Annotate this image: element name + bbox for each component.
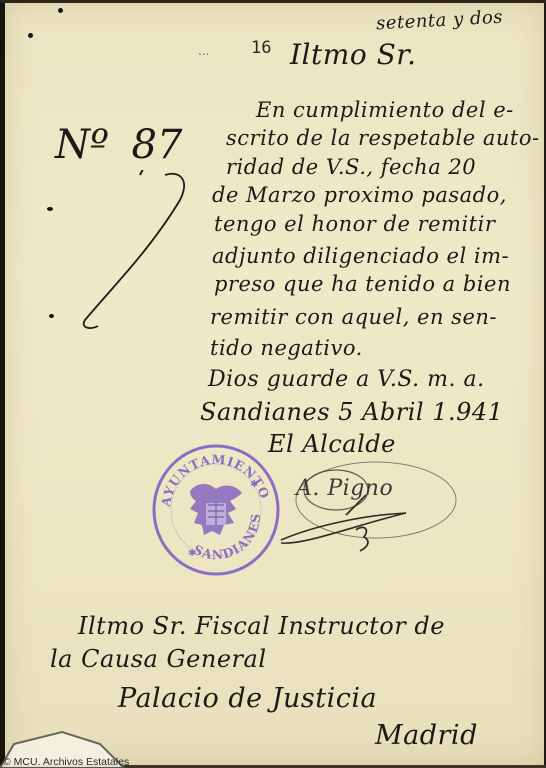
reference-number: Nº 87 bbox=[55, 122, 182, 168]
signature: A. Pigno bbox=[296, 476, 393, 501]
addressee-line-3: Palacio de Justicia bbox=[118, 683, 377, 714]
page-number-prefix: ... bbox=[198, 44, 209, 58]
body-line-6: adjunto diligenciado el im- bbox=[212, 244, 509, 268]
eagle-emblem-icon bbox=[190, 484, 242, 535]
punch-hole-mark bbox=[47, 207, 53, 211]
body-line-8: remitir con aquel, en sen- bbox=[210, 305, 497, 329]
closing-formula: Dios guarde a V.S. m. a. bbox=[208, 367, 485, 392]
signature-flourish bbox=[276, 455, 476, 565]
stamp-star-icon: ✱ bbox=[250, 479, 258, 490]
punch-hole-mark bbox=[58, 8, 63, 13]
body-line-7: preso que ha tenido a bien bbox=[214, 272, 511, 296]
addressee-line-2: la Causa General bbox=[50, 645, 267, 673]
body-line-4: de Marzo proximo pasado, bbox=[212, 183, 507, 207]
stamp-star-icon: ✱ bbox=[188, 548, 196, 559]
municipal-stamp: AYUNTAMIENTO DE SANDIANES ✱ ✱ bbox=[150, 443, 282, 577]
signatory-title: El Alcalde bbox=[268, 430, 396, 458]
reference-value: 87 bbox=[132, 122, 183, 168]
body-line-9: tido negativo. bbox=[210, 336, 363, 360]
punch-hole-mark bbox=[49, 314, 54, 318]
place-date: Sandianes 5 Abril 1.941 bbox=[200, 398, 503, 426]
page-number: 16 bbox=[251, 38, 271, 58]
body-line-5: tengo el honor de remitir bbox=[214, 212, 495, 236]
punch-hole-mark bbox=[28, 33, 33, 38]
addressee-line-4: Madrid bbox=[375, 720, 478, 751]
decorative-flourish-icon bbox=[70, 170, 210, 330]
addressee-line-1: Iltmo Sr. Fiscal Instructor de bbox=[78, 612, 445, 640]
body-line-3: ridad de V.S., fecha 20 bbox=[226, 155, 476, 179]
body-line-2: scrito de la respetable auto- bbox=[226, 126, 540, 150]
reference-prefix: Nº bbox=[55, 122, 109, 168]
copyright-watermark: © MCU. Archivos Estatales bbox=[3, 756, 129, 768]
salutation: Iltmo Sr. bbox=[290, 38, 416, 71]
body-line-1: En cumplimiento del e- bbox=[256, 98, 514, 122]
